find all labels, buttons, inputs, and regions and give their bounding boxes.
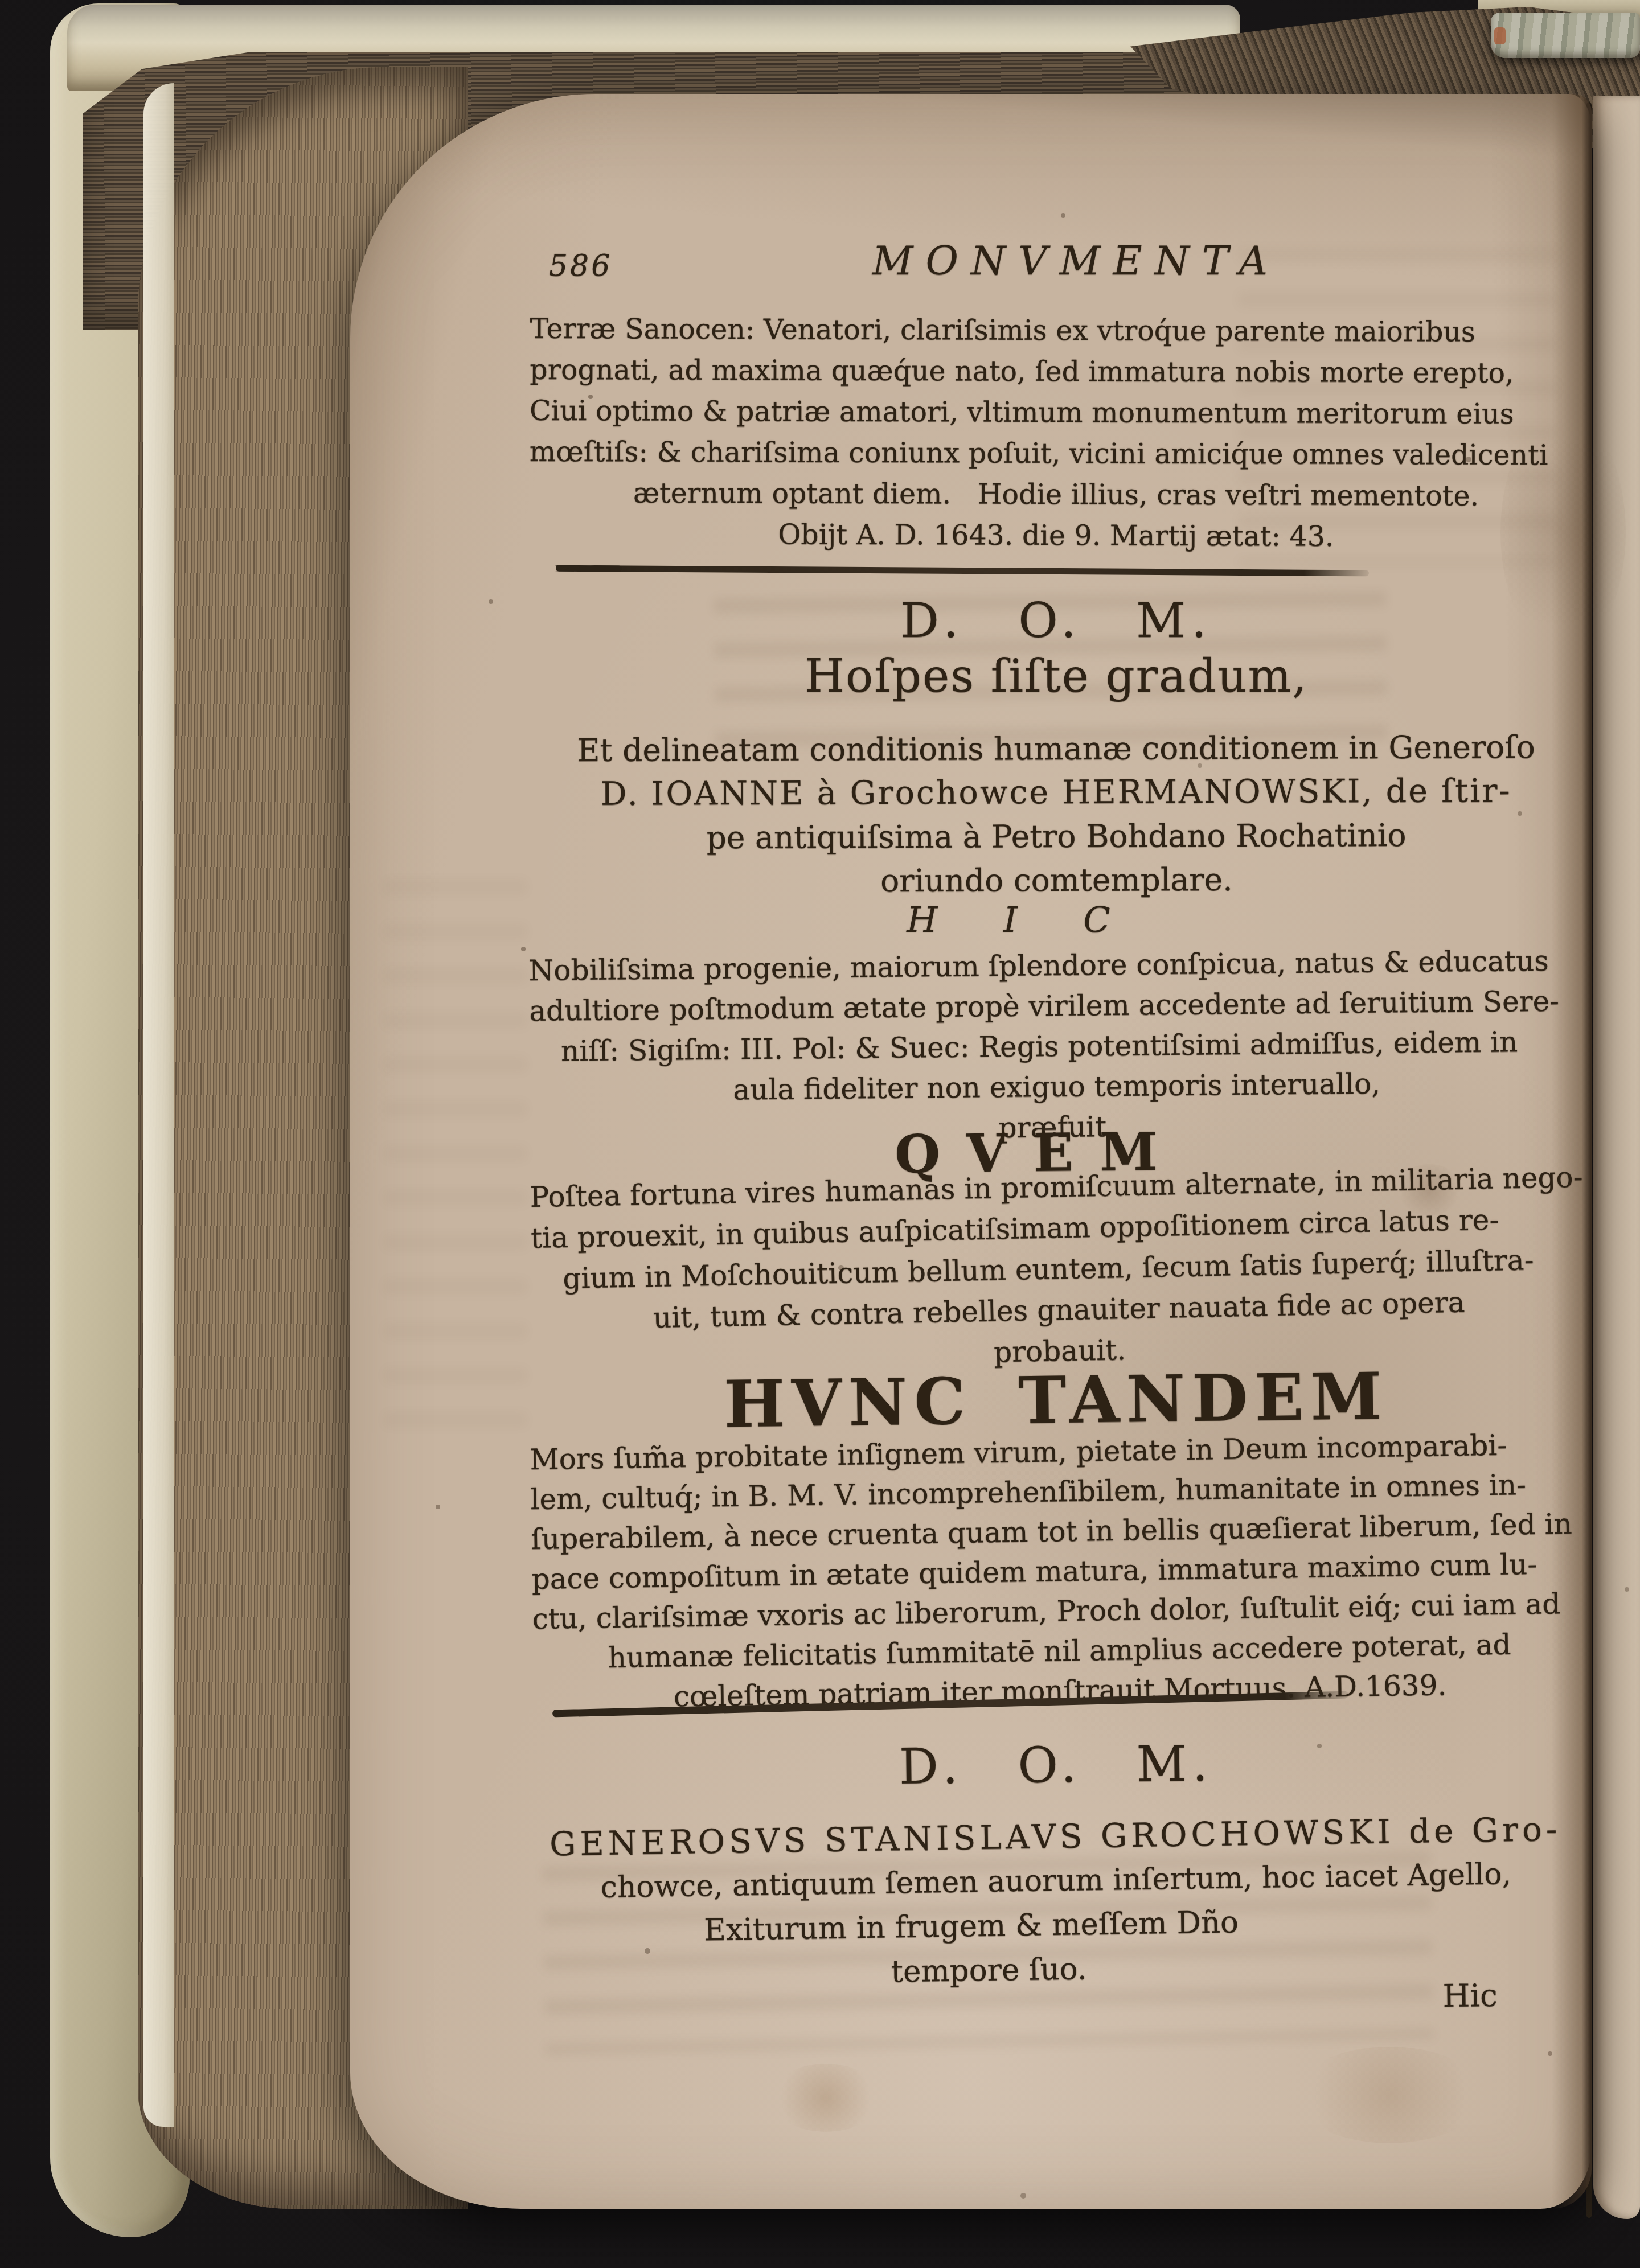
dedication-block: Et delineatam conditionis humanæ conditi… (529, 725, 1583, 904)
hospes-heading: Hoſpes ſiſte gradum, (530, 650, 1583, 702)
text-line: pe antiquiſsima à Petro Bohdano Rochatin… (530, 813, 1583, 860)
text-line: Obijt A. D. 1643. die 9. Martij ætat: 43… (529, 513, 1582, 558)
paper-specks (350, 94, 352, 96)
facing-page-edge (1593, 96, 1640, 2219)
page-header: 586 MONVMENTA (530, 237, 1583, 311)
page-number: 586 (549, 249, 612, 283)
book-page: 586 MONVMENTA Terræ Sanocen: Venatori, c… (350, 94, 1592, 2209)
dom-heading: D. O. M. (530, 593, 1583, 649)
text-line: oriundo comtemplare. (530, 857, 1583, 904)
text-line: Et delineatam conditionis humanæ conditi… (529, 725, 1582, 773)
grochowski-epitaph-block: GENEROSVS STANISLAVS GROCHOWSKI de Gro- … (528, 1806, 1584, 1999)
text-line: mœſtiſs: & chariſsima coniunx poſuit, vi… (530, 432, 1583, 476)
book-scan: 586 MONVMENTA Terræ Sanocen: Venatori, c… (0, 0, 1640, 2268)
printed-text-block: 586 MONVMENTA Terræ Sanocen: Venatori, c… (530, 94, 1583, 2209)
text-line: Ciui optimo & patriæ amatori, vltimum mo… (530, 391, 1583, 435)
page-edge-highlight (143, 83, 174, 2127)
text-line: Terræ Sanocen: Venatori, clariſsimis ex … (530, 309, 1584, 353)
bleedthrough-ghost (384, 880, 527, 1437)
hic-heading: H I C (495, 899, 1549, 940)
text-line: D. IOANNE à Grochowce HERMANOWSKI, de ſt… (530, 769, 1583, 816)
text-line: æternum optant diem. Hodie illius, cras … (530, 472, 1583, 517)
epitaph-sanok-paragraph: Terræ Sanocen: Venatori, clariſsimis ex … (529, 309, 1583, 558)
section-divider-rule (556, 565, 1369, 577)
dom-heading: D. O. M. (530, 1732, 1584, 1799)
running-title: MONVMENTA (872, 237, 1280, 284)
hunc-paragraph: Mors ſum̃a probitate inſignem virum, pie… (530, 1424, 1587, 1719)
text-line: prognati, ad maxima quæq́ue nato, ſed im… (530, 350, 1583, 394)
quem-paragraph: Poſtea fortuna vires humanas in promiſcu… (530, 1156, 1587, 1381)
headband (1491, 13, 1640, 58)
